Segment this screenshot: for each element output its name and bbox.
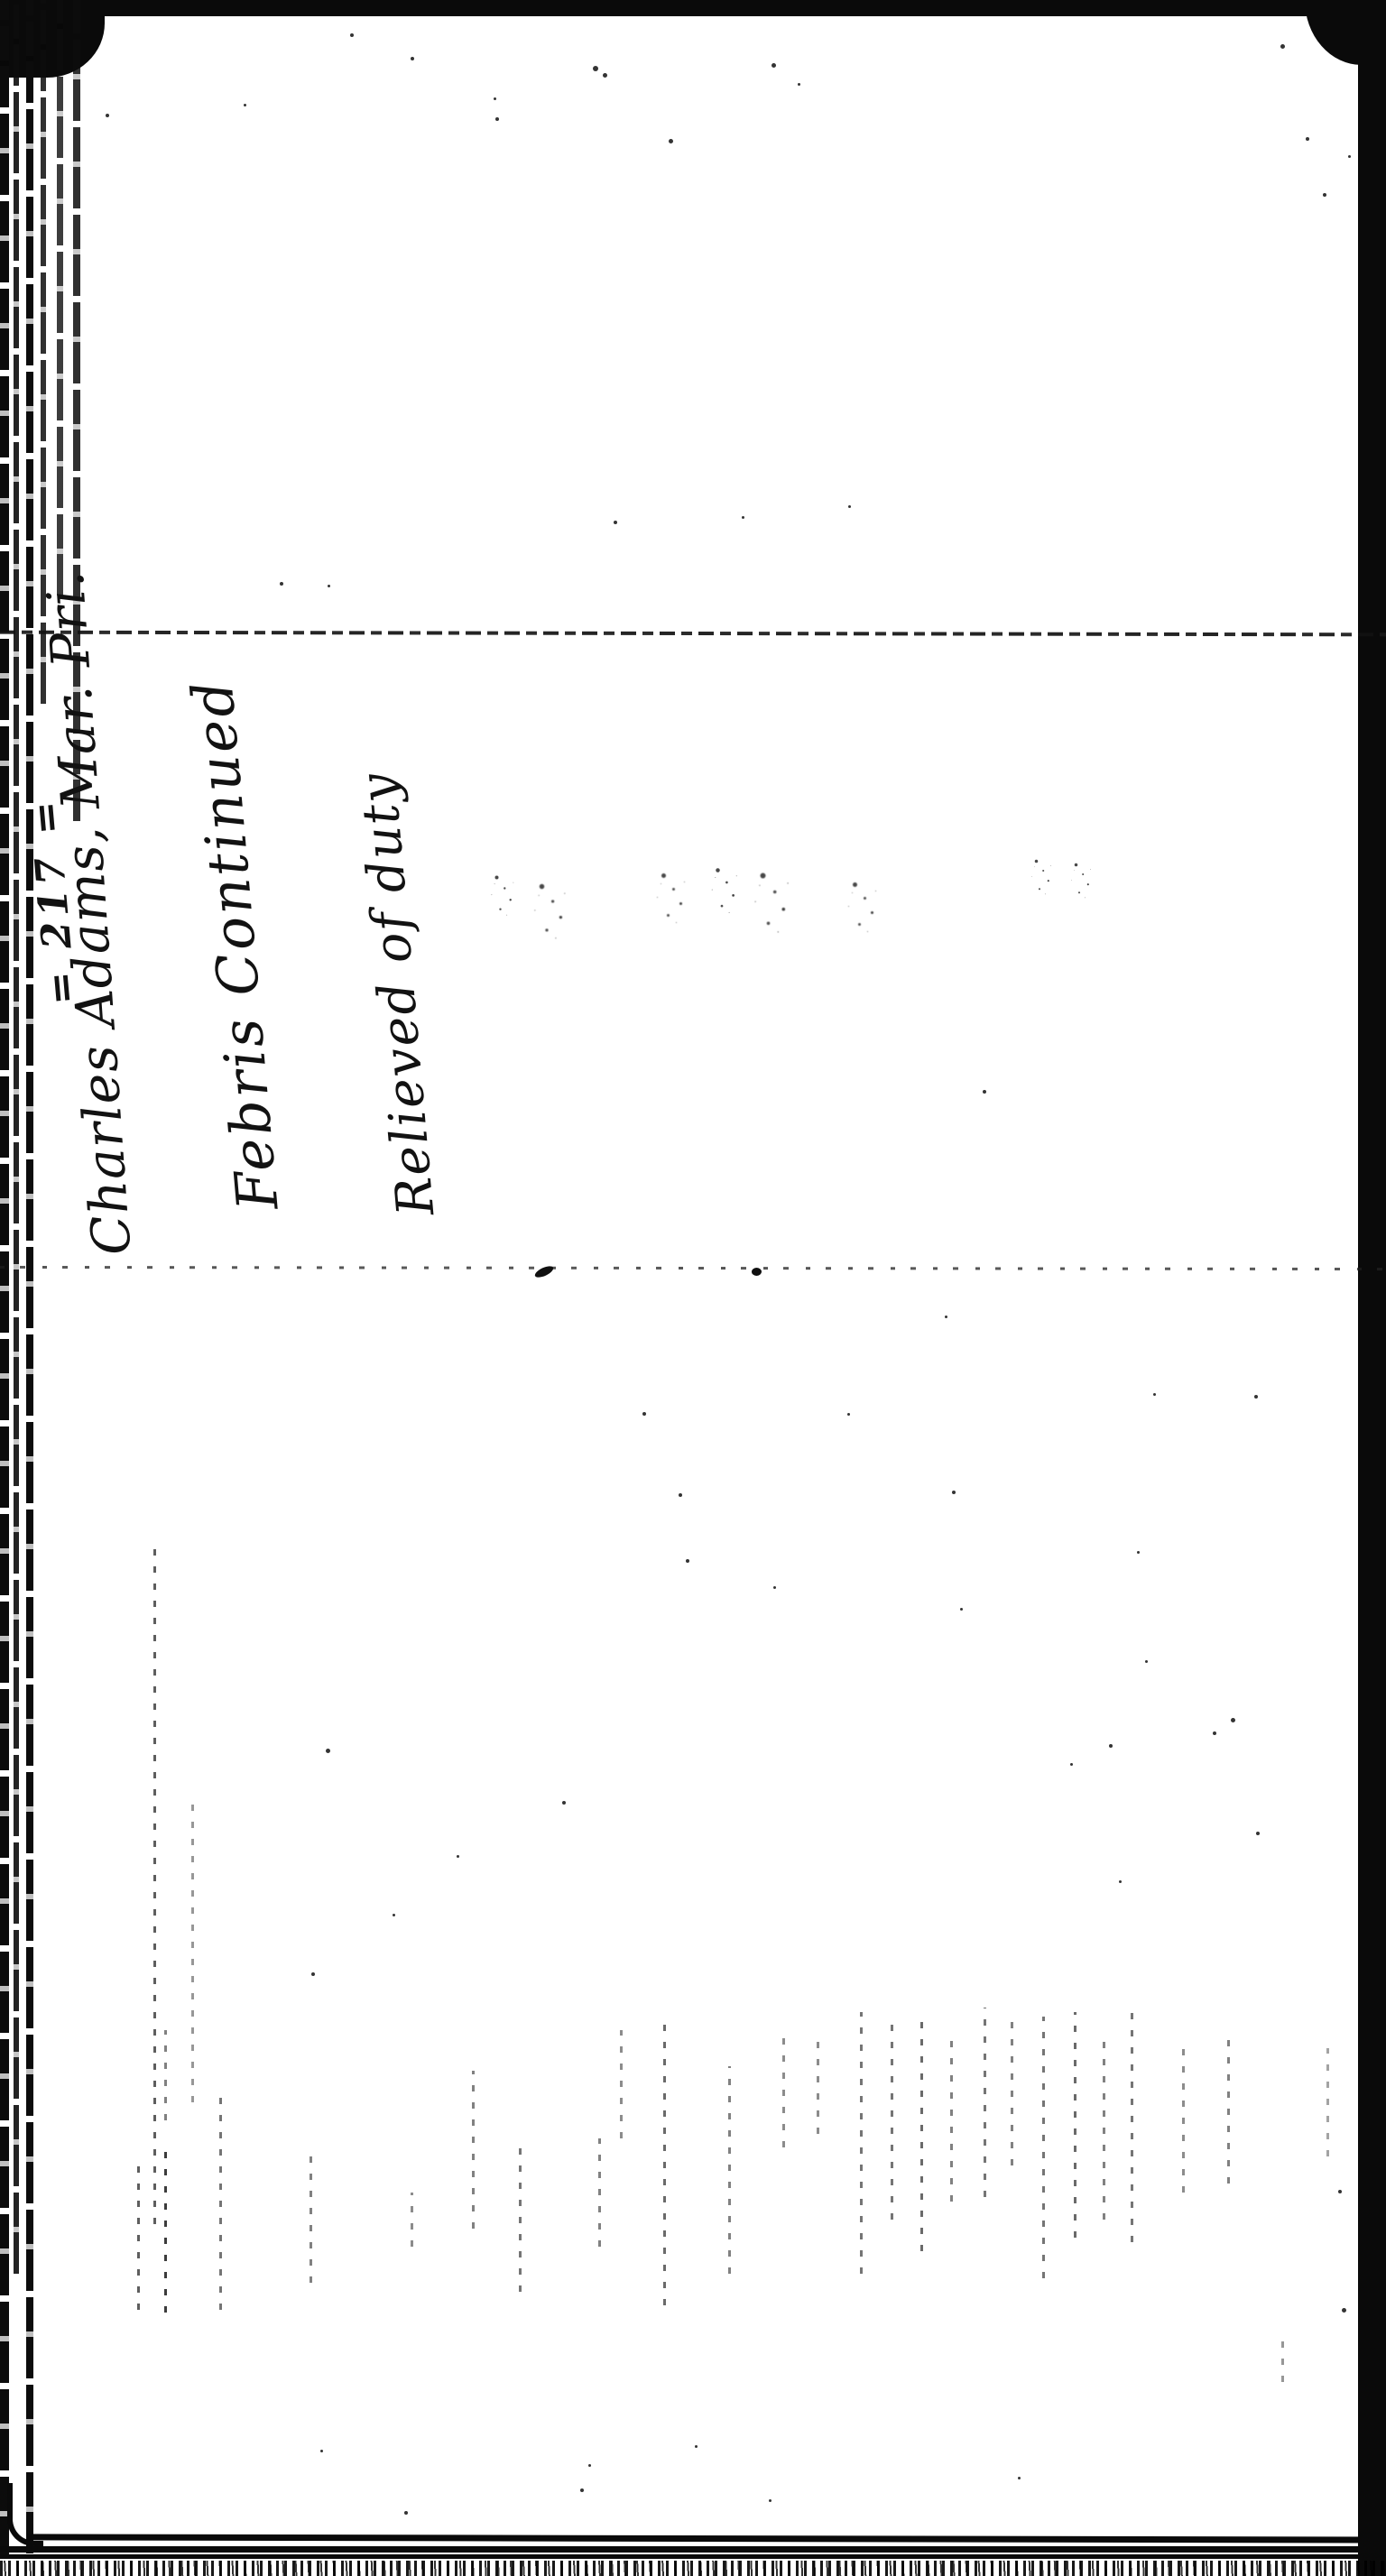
ink-speck (1254, 1395, 1258, 1399)
binding-streak (0, 0, 9, 2558)
bleed-streak (1326, 2048, 1329, 2156)
bleed-streak (860, 2012, 863, 2274)
fold-crease-upper (0, 631, 1386, 637)
ink-speck (695, 2445, 698, 2448)
bleed-streak (1074, 2012, 1076, 2238)
bleed-streak (782, 2030, 785, 2147)
ink-speck (945, 1316, 947, 1318)
ink-speck (848, 505, 851, 508)
ink-speck (588, 2464, 591, 2467)
binding-streak (57, 0, 63, 596)
ink-speck (350, 33, 354, 37)
ink-speck (1342, 2308, 1346, 2313)
bleed-streak (164, 2030, 167, 2120)
ink-speck (983, 1090, 986, 1094)
book-binding-left (0, 0, 90, 2576)
binding-streak (26, 0, 33, 2553)
ink-speck (1018, 2477, 1021, 2479)
ink-smudge (1075, 863, 1078, 867)
ink-speck (562, 1801, 566, 1805)
bleed-streak (1227, 2030, 1230, 2184)
ink-speck (457, 1855, 459, 1858)
ink-speck (1070, 1763, 1073, 1766)
ink-smudge (853, 882, 857, 887)
ink-speck (593, 66, 598, 71)
ink-speck (1153, 1393, 1156, 1396)
bleed-streak (920, 2017, 923, 2251)
ink-smudge (716, 868, 720, 873)
bleed-streak (620, 2030, 623, 2138)
ink-speck (1231, 1718, 1235, 1722)
ink-speck (952, 1491, 956, 1494)
ink-speck (773, 1586, 776, 1589)
bleed-streak (817, 2035, 819, 2134)
bleed-streak (891, 2021, 893, 2220)
ink-smudge (1035, 860, 1039, 863)
bleed-streak (1011, 2021, 1013, 2165)
ink-speck (1280, 44, 1285, 49)
ink-speck (244, 104, 246, 106)
bleed-streak (598, 2138, 601, 2247)
scanned-document-page: = 217 = Charles Adams, Mar. Pri. Febris … (0, 0, 1386, 2576)
ink-smudge (540, 884, 545, 890)
bleed-streak (219, 2098, 222, 2310)
handwriting-block: = 217 = Charles Adams, Mar. Pri. Febris … (27, 668, 519, 1263)
ink-speck (1306, 137, 1309, 141)
bleed-streak (984, 2008, 986, 2197)
ink-speck (1323, 193, 1326, 197)
binding-streak (14, 0, 19, 2274)
ink-speck (494, 97, 496, 100)
bleed-streak (153, 1538, 156, 2224)
bleed-streak (191, 1796, 194, 2102)
ink-speck (642, 1412, 646, 1416)
ink-speck (772, 63, 776, 68)
ink-speck (847, 1413, 850, 1416)
bleed-streak (1042, 2017, 1045, 2278)
fold-crease-lower (0, 1266, 1386, 1270)
book-edge-speckle (0, 2561, 1386, 2576)
ink-speck (326, 1749, 330, 1753)
bleed-streak (472, 2071, 475, 2229)
page-edge-bottom (0, 2546, 1386, 2553)
bleed-streak (1103, 2039, 1105, 2220)
page-edge-right (1358, 0, 1386, 2576)
ink-speck (798, 83, 800, 86)
ink-speck (411, 57, 414, 60)
ink-speck (686, 1559, 689, 1563)
ink-speck (603, 73, 607, 78)
bleed-streak (1131, 2008, 1133, 2242)
ink-smudge (495, 876, 499, 880)
diagnosis-line: Febris Continued (179, 676, 291, 1213)
ink-speck (280, 582, 283, 586)
ink-speck (1109, 1744, 1113, 1748)
ink-smudge (661, 873, 666, 878)
ink-speck (1348, 155, 1351, 158)
ink-speck (580, 2488, 584, 2492)
ink-speck (328, 585, 330, 587)
ink-speck (679, 1493, 682, 1497)
ink-speck (1145, 1660, 1148, 1663)
ink-blot (752, 1268, 762, 1276)
ink-speck (393, 1914, 395, 1916)
bleed-streak (310, 2152, 312, 2283)
bleed-streak (411, 2193, 413, 2247)
ink-speck (1256, 1832, 1260, 1835)
bleed-streak (164, 2146, 167, 2313)
scan-corner-wedge (1305, 0, 1368, 65)
bleed-streak (950, 2039, 953, 2202)
ink-speck (769, 2499, 772, 2502)
ink-speck (311, 1972, 315, 1976)
ink-speck (1119, 1880, 1122, 1883)
ink-speck (960, 1608, 963, 1611)
ink-smudge (761, 873, 766, 879)
ink-speck (106, 114, 109, 117)
ink-speck (1137, 1551, 1140, 1554)
page-edge-bottom (27, 2534, 1386, 2543)
ink-speck (1213, 1731, 1216, 1735)
page-edge-bottom (0, 2554, 1386, 2559)
bleed-streak (663, 2017, 666, 2305)
ink-speck (495, 117, 499, 121)
bleed-streak (1182, 2048, 1185, 2193)
bleed-streak (519, 2143, 522, 2292)
page-edge-top (43, 0, 1386, 16)
ink-speck (1338, 2190, 1342, 2193)
ink-speck (320, 2450, 323, 2452)
bleed-streak (1281, 2341, 1284, 2382)
ink-speck (404, 2511, 408, 2515)
disposition-line: Relieved of duty (349, 770, 447, 1218)
ink-speck (669, 139, 673, 143)
bleed-streak (137, 2156, 140, 2310)
bleed-streak (728, 2066, 731, 2274)
ink-speck (614, 521, 617, 524)
ink-speck (742, 516, 744, 519)
